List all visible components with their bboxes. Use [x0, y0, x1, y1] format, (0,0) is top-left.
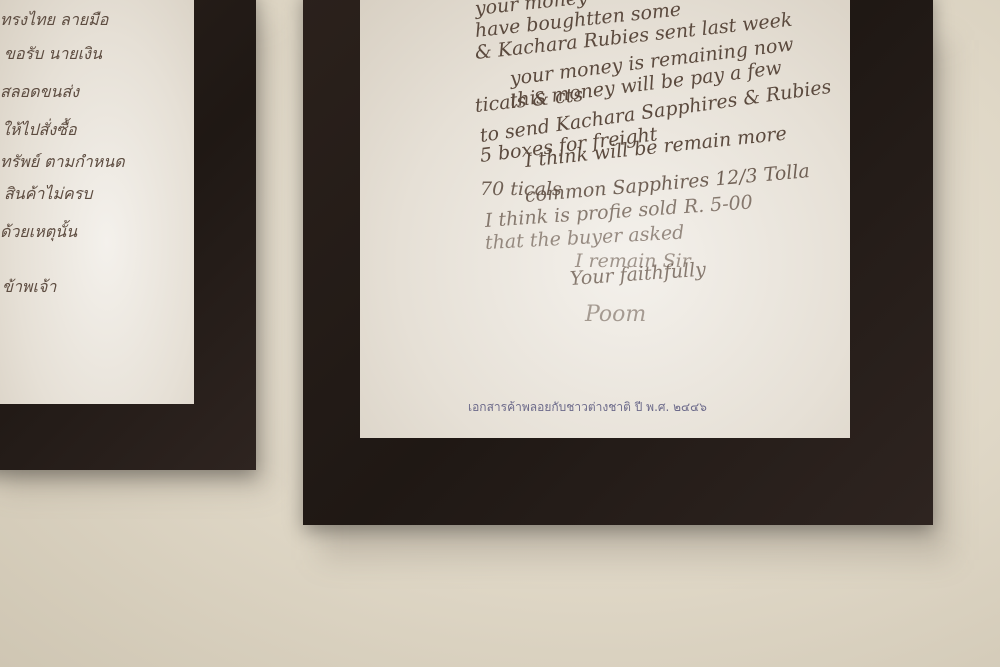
left-letter-line: ทรัพย์ ตามกำหนด [0, 150, 125, 175]
right-frame: your money have boughtten some & Kachara… [303, 0, 933, 525]
left-letter-line: สลอดขนส่ง [0, 80, 79, 105]
left-letter-line: ด้วยเหตุนั้น [0, 220, 77, 245]
left-letter-line: ขอรับ นายเงิน [4, 42, 102, 67]
left-letter-line: ทรงไทย ลายมือ [0, 8, 108, 33]
right-letter-paper: your money have boughtten some & Kachara… [360, 0, 850, 438]
left-letter-line: ข้าพเจ้า [2, 275, 56, 300]
signature: Poom [585, 302, 646, 327]
left-frame: ทรงไทย ลายมือ ขอรับ นายเงิน สลอดขนส่ง ให… [0, 0, 256, 470]
letter-caption: เอกสารค้าพลอยกับชาวต่างชาติ ปี พ.ศ. ๒๔๔๖ [468, 398, 707, 417]
left-letter-paper: ทรงไทย ลายมือ ขอรับ นายเงิน สลอดขนส่ง ให… [0, 0, 194, 404]
left-letter-line: ให้ไปสั่งซื้อ [2, 118, 77, 143]
left-letter-line: สินค้าไม่ครบ [4, 182, 92, 207]
